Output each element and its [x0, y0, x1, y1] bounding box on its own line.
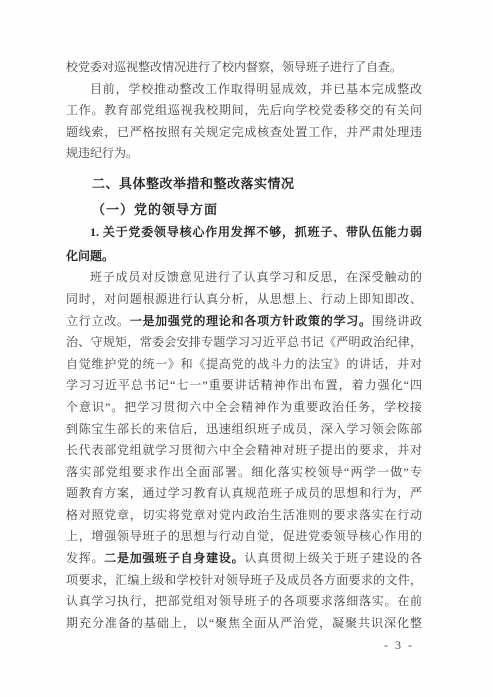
text-line: 规违纪行为。 [66, 143, 422, 165]
text-segment: 格对照党章，切实将党章对党内政治生活准则的要求落实在行动 [66, 508, 422, 522]
text-line: 班子成员对反馈意见进行了认真学习和反思，在深受触动的 [66, 267, 422, 289]
text-segment: 自觉维护党的统一》和《提高党的战斗力的法宝》的讲话，并对 [66, 357, 422, 371]
document-page: 校党委对巡视整改情况进行了校内督察，领导班子进行了自查。目前，学校推动整改工作取… [0, 0, 493, 697]
text-segment: 班子成员对反馈意见进行了认真学习和反思，在深受触动的 [90, 270, 422, 284]
text-segment: 校党委对巡视整改情况进行了校内督察，领导班子进行了自查。 [66, 60, 402, 74]
text-segment: 认真学习执行，把部党组对领导班子的各项要求落细落实。在前 [66, 594, 422, 608]
text-line: 认真学习执行，把部党组对领导班子的各项要求落细落实。在前 [66, 591, 422, 613]
text-line: 个意识”。把学习贯彻六中全会精神作为重要政治任务，学校接 [66, 397, 422, 419]
text-line: 到陈宝生部长的来信后，迅速组织班子成员，深入学习领会陈部 [66, 419, 422, 441]
text-segment: 到陈宝生部长的来信后，迅速组织班子成员，深入学习领会陈部 [66, 422, 422, 436]
text-lines-container: 校党委对巡视整改情况进行了校内督察，领导班子进行了自查。目前，学校推动整改工作取… [66, 57, 422, 634]
body-text: 校党委对巡视整改情况进行了校内督察，领导班子进行了自查。目前，学校推动整改工作取… [66, 57, 422, 654]
text-segment: 长代表部党组就学习贯彻六中全会精神对班子提出的要求，并对 [66, 443, 422, 457]
bold-text-segment: 化问题。 [66, 249, 114, 263]
text-segment: 个意识”。把学习贯彻六中全会精神作为重要政治任务，学校接 [66, 400, 422, 414]
page-number: - 3 - [66, 636, 422, 654]
text-line: 落实部党组要求作出全面部署。细化落实校领导“两学一做”专 [66, 462, 422, 484]
text-line: 同时，对问题根源进行认真分析，从思想上、行动上即知即改、 [66, 289, 422, 311]
text-line: 治、守规矩，常委会安排专题学习习近平总书记《严明政治纪律， [66, 332, 422, 354]
text-segment: 治、守规矩，常委会安排专题学习习近平总书记《严明政治纪律， [66, 335, 422, 349]
text-segment: 落实部党组要求作出全面部署。细化落实校领导“两学一做”专 [66, 465, 422, 479]
bold-text-segment: 一是加强党的理论和各项方针政策的学习。 [130, 314, 372, 328]
text-line: 自觉维护党的统一》和《提高党的战斗力的法宝》的讲话，并对 [66, 354, 422, 376]
text-segment: 工作。教育部党组巡视我校期间，先后向学校党委移交的有关问 [66, 103, 422, 117]
heading-line: （一）党的领导方面 [66, 199, 422, 221]
text-line: 题线索，已严格按照有关规定完成核查处置工作，并严肃处理违 [66, 122, 422, 144]
text-line: 工作。教育部党组巡视我校期间，先后向学校党委移交的有关问 [66, 100, 422, 122]
bold-text-segment: 二、具体整改举措和整改落实情况 [92, 176, 295, 191]
text-line: 长代表部党组就学习贯彻六中全会精神对班子提出的要求，并对 [66, 440, 422, 462]
text-line: 项要求，汇编上级和学校针对领导班子及成员各方面要求的文件， [66, 570, 422, 592]
text-segment: 题教育方案，通过学习教育认真规范班子成员的思想和行为，严 [66, 486, 422, 500]
text-line: 上，增强领导班子的思想与行动自觉，促进党委领导核心作用的 [66, 526, 422, 548]
text-line: 发挥。二是加强班子自身建设。认真贯彻上级关于班子建设的各 [66, 548, 422, 570]
text-line: 学习习近平总书记“七一”重要讲话精神作出布置，着力强化“四 [66, 375, 422, 397]
text-line: 题教育方案，通过学习教育认真规范班子成员的思想和行为，严 [66, 483, 422, 505]
text-segment: 目前，学校推动整改工作取得明显成效，并已基本完成整改 [90, 82, 422, 96]
text-segment: 围绕讲政 [372, 314, 422, 328]
heading-line: 化问题。 [66, 246, 422, 268]
heading-line: 1. 关于党委领导核心作用发挥不够，抓班子、带队伍能力弱 [66, 222, 422, 244]
text-segment: 规违纪行为。 [66, 146, 138, 160]
bold-text-segment: 二是加强班子自身建设。 [104, 551, 244, 565]
text-segment: 题线索，已严格按照有关规定完成核查处置工作，并严肃处理违 [66, 125, 422, 139]
bold-text-segment: （一）党的领导方面 [92, 202, 218, 217]
text-segment: 学习习近平总书记“七一”重要讲话精神作出布置，着力强化“四 [66, 378, 422, 392]
text-segment: 期充分准备的基础上，以“聚焦全面从严治党，凝聚共识深化整 [66, 616, 422, 630]
text-segment: 项要求，汇编上级和学校针对领导班子及成员各方面要求的文件， [66, 573, 422, 587]
text-segment: 发挥。 [66, 551, 104, 565]
bold-text-segment: 1. 关于党委领导核心作用发挥不够，抓班子、带队伍能力弱 [90, 225, 422, 239]
text-line: 期充分准备的基础上，以“聚焦全面从严治党，凝聚共识深化整 [66, 613, 422, 635]
heading-line: 二、具体整改举措和整改落实情况 [66, 173, 422, 195]
text-line: 校党委对巡视整改情况进行了校内督察，领导班子进行了自查。 [66, 57, 422, 79]
text-segment: 立行立改。 [66, 314, 130, 328]
text-segment: 上，增强领导班子的思想与行动自觉，促进党委领导核心作用的 [66, 529, 422, 543]
text-line: 立行立改。一是加强党的理论和各项方针政策的学习。围绕讲政 [66, 311, 422, 333]
text-line: 目前，学校推动整改工作取得明显成效，并已基本完成整改 [66, 79, 422, 101]
text-segment: 同时，对问题根源进行认真分析，从思想上、行动上即知即改、 [66, 292, 422, 306]
text-segment: 认真贯彻上级关于班子建设的各 [244, 551, 422, 565]
text-line: 格对照党章，切实将党章对党内政治生活准则的要求落实在行动 [66, 505, 422, 527]
